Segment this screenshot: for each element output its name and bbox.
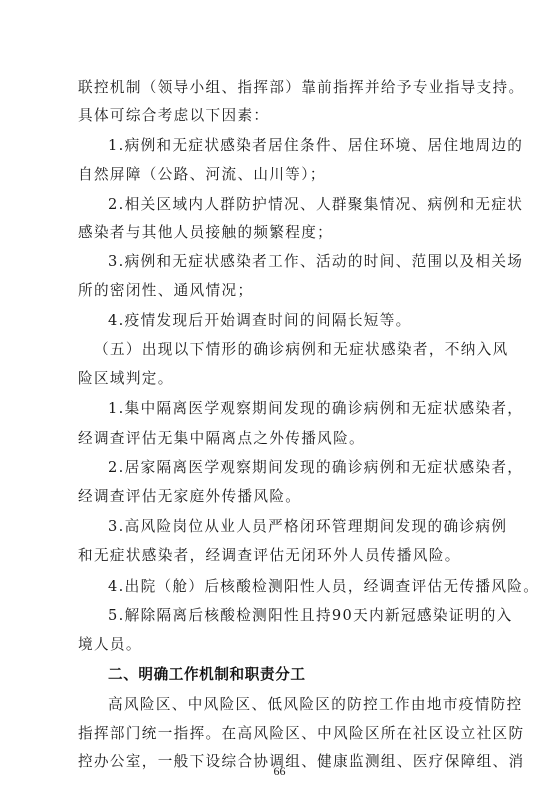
document-page: 联控机制（领导小组、指挥部）靠前指挥并给予专业指导支持。 具体可综合考虑以下因素… — [0, 0, 559, 793]
body-text-line: 自然屏障（公路、河流、山川等）； — [78, 166, 498, 184]
body-text-line: 境人员。 — [78, 636, 498, 654]
list-item-text: 2.居家隔离医学观察期间发现的确诊病例和无症状感染者， — [108, 459, 528, 477]
list-item-text: 3.高风险岗位从业人员严格闭环管理期间发现的确诊病例 — [108, 518, 528, 536]
body-text-line: 联控机制（领导小组、指挥部）靠前指挥并给予专业指导支持。 — [78, 79, 498, 97]
body-text-line: 险区域判定。 — [78, 370, 498, 388]
list-item-text: 5.解除隔离后核酸检测阳性且持90天内新冠感染证明的入 — [108, 607, 528, 625]
subsection-heading: （五）出现以下情形的确诊病例和无症状感染者，不纳入风 — [94, 341, 514, 359]
page-number: 66 — [0, 764, 559, 779]
body-text-line: 所的密闭性、通风情况； — [78, 282, 498, 300]
body-text-line: 经调查评估无集中隔离点之外传播风险。 — [78, 430, 498, 448]
body-text-line: 指挥部门统一指挥。在高风险区、中风险区所在社区设立社区防 — [78, 725, 498, 743]
body-text-line: 感染者与其他人员接触的频繁程度； — [78, 224, 498, 242]
list-item-text: 4.出院（舱）后核酸检测阳性人员，经调查评估无传播风险。 — [108, 578, 528, 596]
list-item-text: 4.疫情发现后开始调查时间的间隔长短等。 — [108, 312, 528, 330]
body-text-line: 和无症状感染者，经调查评估无闭环外人员传播风险。 — [78, 547, 498, 565]
list-item-text: 1.病例和无症状感染者居住条件、居住环境、居住地周边的 — [108, 137, 528, 155]
body-text-line: 经调查评估无家庭外传播风险。 — [78, 488, 498, 506]
body-text-line: 高风险区、中风险区、低风险区的防控工作由地市疫情防控 — [108, 696, 528, 714]
body-text-line: 具体可综合考虑以下因素： — [78, 107, 498, 125]
list-item-text: 3.病例和无症状感染者工作、活动的时间、范围以及相关场 — [108, 253, 528, 271]
section-heading: 二、明确工作机制和职责分工 — [108, 666, 528, 684]
list-item-text: 2.相关区域内人群防护情况、人群聚集情况、病例和无症状 — [108, 196, 528, 214]
list-item-text: 1.集中隔离医学观察期间发现的确诊病例和无症状感染者， — [108, 400, 528, 418]
